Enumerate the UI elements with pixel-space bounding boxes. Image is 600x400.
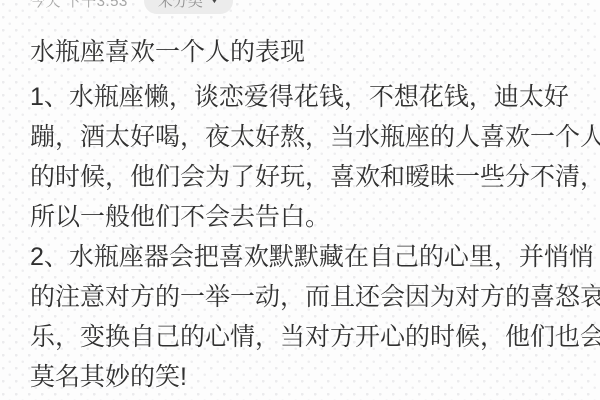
note-editor[interactable]: 水瓶座喜欢一个人的表现 1、水瓶座懒，谈恋爱得花钱，不想花钱，迪太好 蹦，酒太好… bbox=[30, 32, 570, 397]
text-line: 的注意对方的一举一动，而且还会因为对方的喜怒哀 bbox=[30, 277, 570, 317]
note-page: 今天 下午3:53 未分类 ▼ 水瓶座喜欢一个人的表现 1、水瓶座懒，谈恋爱得花… bbox=[0, 0, 600, 400]
text-line: 莫名其妙的笑! bbox=[30, 357, 570, 397]
note-paragraph-2: 2、水瓶座器会把喜欢默默藏在自己的心里，并悄悄 的注意对方的一举一动，而且还会因… bbox=[30, 237, 570, 397]
note-timestamp: 今天 下午3:53 bbox=[30, 0, 128, 11]
text-line: 的时候，他们会为了好玩，喜欢和暧昧一些分不清， bbox=[30, 157, 570, 197]
note-title: 水瓶座喜欢一个人的表现 bbox=[30, 32, 570, 72]
note-meta-header: 今天 下午3:53 未分类 ▼ bbox=[30, 0, 600, 14]
text-line: 蹦，酒太好喝，夜太好熬，当水瓶座的人喜欢一个人 bbox=[30, 117, 570, 157]
chevron-down-icon: ▼ bbox=[209, 0, 221, 5]
category-label: 未分类 bbox=[158, 0, 203, 11]
text-line: 2、水瓶座器会把喜欢默默藏在自己的心里，并悄悄 bbox=[30, 237, 570, 277]
text-line: 1、水瓶座懒，谈恋爱得花钱，不想花钱，迪太好 bbox=[30, 77, 570, 117]
note-paragraph-1: 1、水瓶座懒，谈恋爱得花钱，不想花钱，迪太好 蹦，酒太好喝，夜太好熬，当水瓶座的… bbox=[30, 77, 570, 237]
text-line: 所以一般他们不会去告白。 bbox=[30, 197, 570, 237]
category-dropdown-badge[interactable]: 未分类 ▼ bbox=[144, 0, 233, 14]
text-line: 乐，变换自己的心情，当对方开心的时候，他们也会 bbox=[30, 317, 570, 357]
